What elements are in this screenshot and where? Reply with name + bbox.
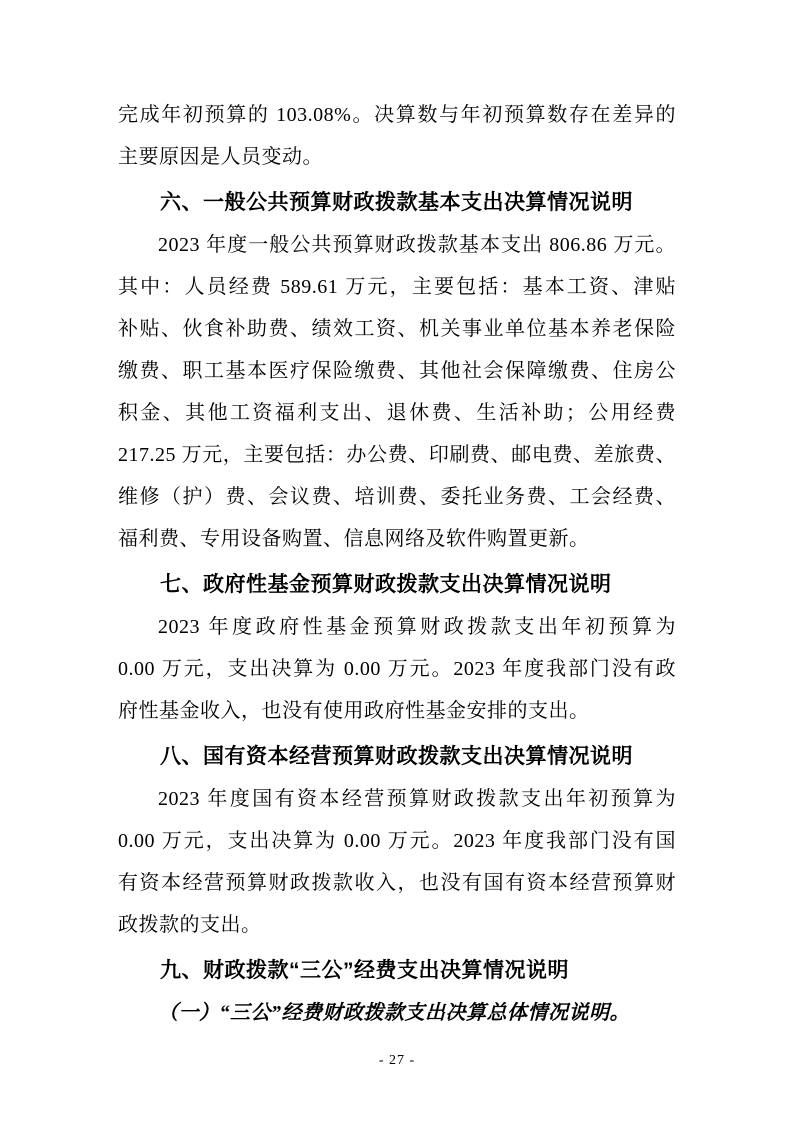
body-line: 缴费、职工基本医疗保险缴费、其他社会保障缴费、住房公 — [118, 350, 676, 392]
section-heading-7: 七、政府性基金预算财政拨款支出决算情况说明 — [118, 564, 676, 606]
body-line: 主要原因是人员变动。 — [118, 136, 676, 178]
body-line: 有资本经营预算财政拨款收入，也没有国有资本经营预算财 — [118, 862, 676, 904]
body-line: 217.25 万元，主要包括：办公费、印刷费、邮电费、差旅费、 — [118, 434, 676, 476]
body-line: 积金、其他工资福利支出、退休费、生活补助；公用经费 — [118, 392, 676, 434]
section-heading-6: 六、一般公共预算财政拨款基本支出决算情况说明 — [118, 182, 676, 224]
body-line: 2023 年度一般公共预算财政拨款基本支出 806.86 万元。 — [118, 224, 676, 266]
section-heading-8: 八、国有资本经营预算财政拨款支出决算情况说明 — [118, 736, 676, 778]
body-line: 政拨款的支出。 — [118, 904, 676, 946]
body-line: 府性基金收入，也没有使用政府性基金安排的支出。 — [118, 690, 676, 732]
body-line: 完成年初预算的 103.08%。决算数与年初预算数存在差异的 — [118, 94, 676, 136]
section-heading-9: 九、财政拨款“三公”经费支出决算情况说明 — [118, 950, 676, 992]
sub-heading-italic: （一）“三公”经费财政拨款支出决算总体情况说明。 — [118, 992, 676, 1034]
body-line: 维修（护）费、会议费、培训费、委托业务费、工会经费、 — [118, 476, 676, 518]
body-line: 2023 年度政府性基金预算财政拨款支出年初预算为 — [118, 606, 676, 648]
body-line: 其中：人员经费 589.61 万元，主要包括：基本工资、津贴 — [118, 266, 676, 308]
body-line: 0.00 万元，支出决算为 0.00 万元。2023 年度我部门没有国 — [118, 820, 676, 862]
body-line: 2023 年度国有资本经营预算财政拨款支出年初预算为 — [118, 778, 676, 820]
document-page: 完成年初预算的 103.08%。决算数与年初预算数存在差异的 主要原因是人员变动… — [0, 0, 794, 1123]
page-number: - 27 - — [0, 1051, 794, 1071]
body-line: 补贴、伙食补助费、绩效工资、机关事业单位基本养老保险 — [118, 308, 676, 350]
document-body: 完成年初预算的 103.08%。决算数与年初预算数存在差异的 主要原因是人员变动… — [118, 94, 676, 1034]
body-line: 福利费、专用设备购置、信息网络及软件购置更新。 — [118, 518, 676, 560]
body-line: 0.00 万元，支出决算为 0.00 万元。2023 年度我部门没有政 — [118, 648, 676, 690]
